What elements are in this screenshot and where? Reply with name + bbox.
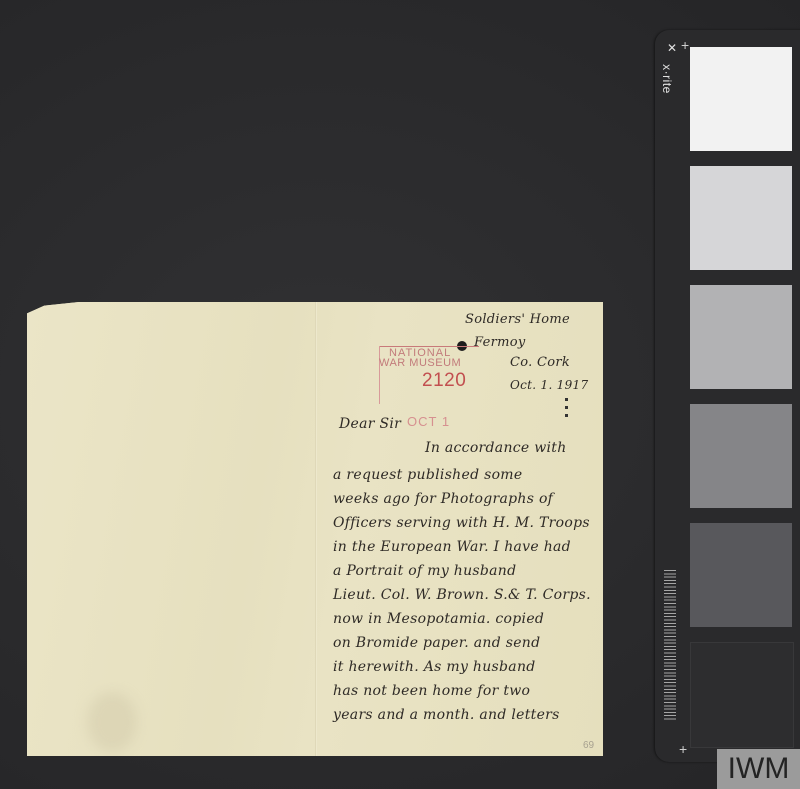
color-swatch-4 bbox=[690, 404, 792, 508]
body-line-7: Lieut. Col. W. Brown. S.& T. Corps. bbox=[333, 587, 591, 603]
address-line-2: Fermoy bbox=[474, 335, 526, 350]
body-line-3: weeks ago for Photographs of bbox=[333, 491, 553, 507]
paper-stain bbox=[87, 692, 137, 752]
registration-cross-icon: + bbox=[679, 742, 687, 756]
ink-mark bbox=[565, 398, 568, 420]
xrite-brand: ✕ x·rite bbox=[666, 42, 680, 92]
body-line-9: on Bromide paper. and send bbox=[333, 635, 540, 651]
body-line-2: a request published some bbox=[333, 467, 522, 483]
letter-paper: NATIONAL WAR MUSEUM 2120 Soldiers' Home … bbox=[27, 302, 603, 756]
museum-stamp: NATIONAL WAR MUSEUM 2120 bbox=[379, 346, 487, 406]
body-line-10: it herewith. As my husband bbox=[333, 659, 536, 675]
address-line-3: Co. Cork bbox=[510, 355, 570, 370]
iwm-watermark: IWM bbox=[717, 749, 800, 789]
page-number: 69 bbox=[583, 740, 594, 751]
paper-fold-line bbox=[315, 302, 317, 756]
stamp-number: 2120 bbox=[422, 370, 466, 392]
salutation: Dear Sir bbox=[339, 416, 401, 432]
stamp-border-left bbox=[379, 346, 380, 404]
body-line-1: In accordance with bbox=[425, 440, 567, 456]
body-line-5: in the European War. I have had bbox=[333, 539, 571, 555]
stamp-date: OCT 1 bbox=[407, 414, 450, 429]
color-swatch-3 bbox=[690, 285, 792, 389]
color-swatch-2 bbox=[690, 166, 792, 270]
registration-cross-icon: + bbox=[681, 38, 689, 52]
xrite-label: x·rite bbox=[660, 64, 674, 94]
body-line-6: a Portrait of my husband bbox=[333, 563, 516, 579]
letter-date: Oct. 1. 1917 bbox=[510, 378, 588, 392]
xrite-logo-icon: ✕ bbox=[667, 42, 677, 54]
body-line-4: Officers serving with H. M. Troops bbox=[333, 515, 590, 531]
body-line-11: has not been home for two bbox=[333, 683, 530, 699]
body-line-12: years and a month. and letters bbox=[333, 707, 560, 723]
color-swatch-1 bbox=[690, 47, 792, 151]
color-swatch-6 bbox=[690, 642, 794, 748]
address-line-1: Soldiers' Home bbox=[465, 312, 570, 327]
color-swatch-5 bbox=[690, 523, 792, 627]
body-line-8: now in Mesopotamia. copied bbox=[333, 611, 544, 627]
stamp-line-2: WAR MUSEUM bbox=[379, 357, 461, 369]
scale-ruler bbox=[664, 570, 676, 720]
